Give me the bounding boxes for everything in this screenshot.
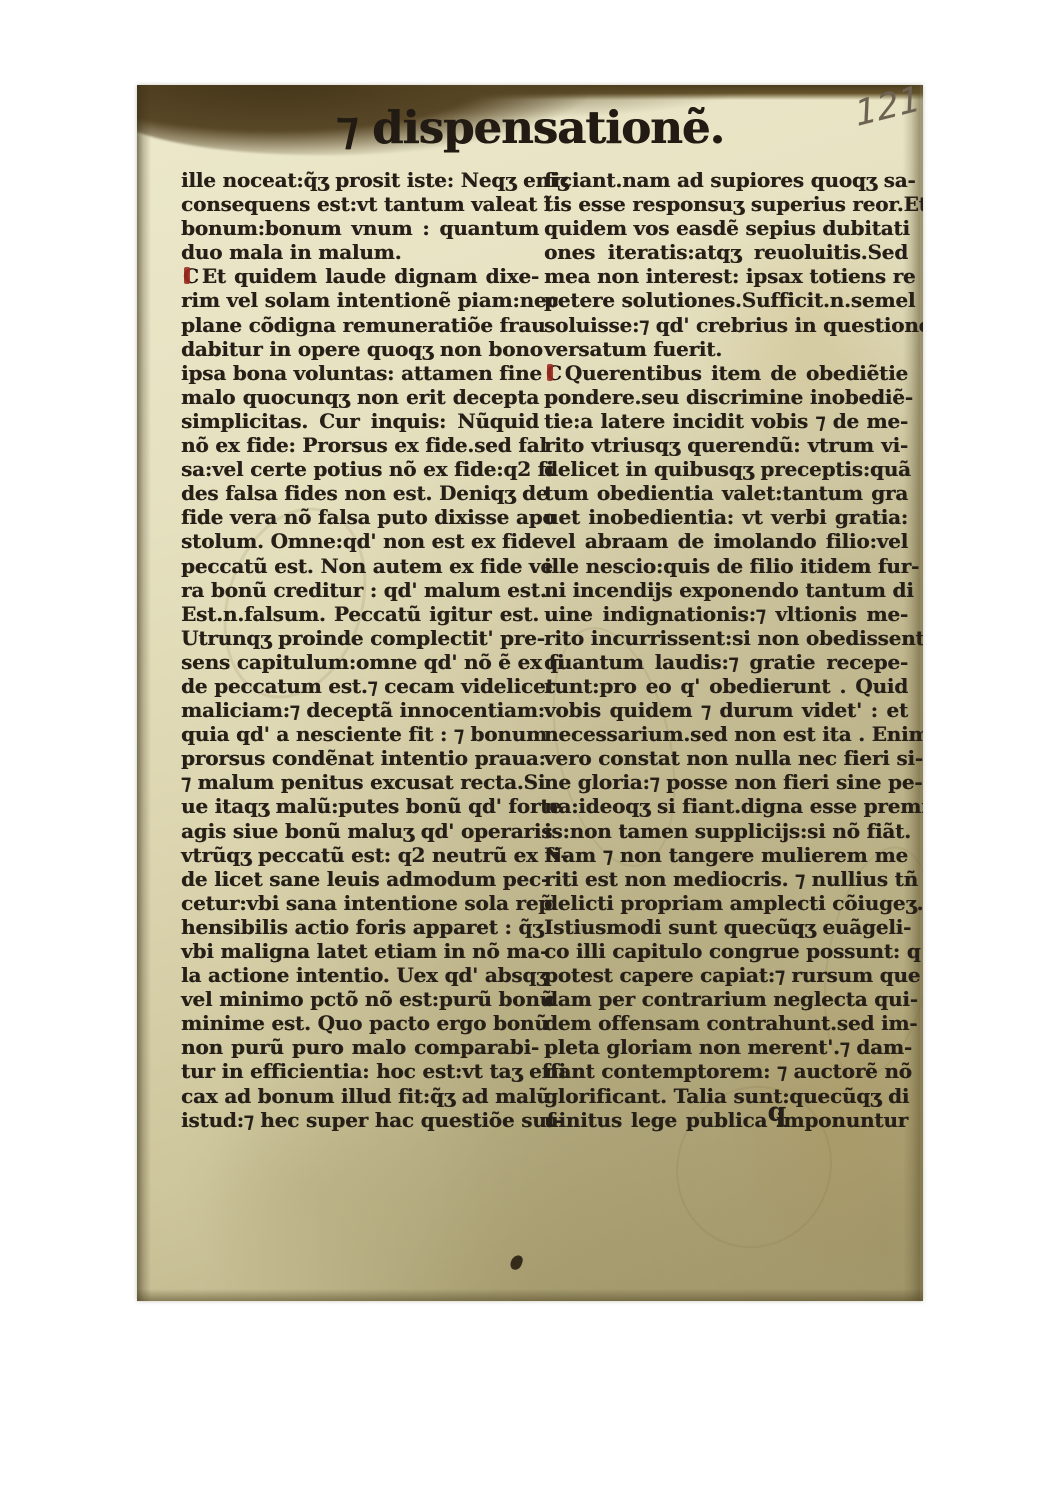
text-line: consequens est:vt tantum valeat ĩ bbox=[181, 192, 539, 216]
catchword: q bbox=[747, 1097, 807, 1128]
text-line: CQuerentibus item de obediẽtie bbox=[544, 361, 908, 385]
text-line: Istiusmodi sunt quecũqʒ euãgeli- bbox=[544, 915, 908, 939]
text-line: dabitur in opere quoqʒ non bono bbox=[181, 337, 539, 361]
text-line: mea non interest: ipsax totiens re bbox=[544, 264, 908, 288]
text-line: vobis quidem ⁊ durum videt' : et bbox=[544, 698, 908, 722]
text-line: des falsa fides non est. Deniqʒ de bbox=[181, 481, 539, 505]
text-line: quantum laudis:⁊ gratie recepe- bbox=[544, 650, 908, 674]
text-line: nõ ex fide: Prorsus ex fide.sed fal bbox=[181, 433, 539, 457]
rubricated-capitulum: C bbox=[544, 361, 565, 385]
text-line: sa:vel certe potius nõ ex fide:q2 fi bbox=[181, 457, 539, 481]
text-line: necessarium.sed non est ita . Enim bbox=[544, 722, 908, 746]
text-line: vero constat non nulla nec fieri si- bbox=[544, 746, 908, 770]
text-line: runt:pro eo q' obedierunt . Quid bbox=[544, 674, 908, 698]
text-line: tis esse responsuʒ superius reor.Et bbox=[544, 192, 908, 216]
text-line: CEt quidem laude dignam dixe- bbox=[181, 264, 539, 288]
text-line: agis siue bonũ maluʒ qd' operaris bbox=[181, 819, 539, 843]
text-line: vel abraam de imolando filio:vel bbox=[544, 529, 908, 553]
scanned-book-page: ⁊ dispensationẽ. 121 ille noceat:q̃ʒ pro… bbox=[137, 85, 923, 1301]
text-line: duo mala in malum. bbox=[181, 240, 539, 264]
text-line: versatum fuerit. bbox=[544, 337, 908, 361]
text-line: sens capitulum:omne qd' nõ ẽ ex fi bbox=[181, 650, 539, 674]
text-line: pondere.seu discrimine inobediẽ- bbox=[544, 385, 908, 409]
page-edge-left-shadow bbox=[137, 85, 151, 1301]
text-line: quidem vos easdẽ sepius dubitati bbox=[544, 216, 908, 240]
text-line: delicet in quibusqʒ preceptis:quã bbox=[544, 457, 908, 481]
text-line: cetur:vbi sana intentione sola rep̃ bbox=[181, 891, 539, 915]
text-line: ne gloria:⁊ posse non fieri sine pe- bbox=[544, 770, 908, 794]
text-line: ille noceat:q̃ʒ prosit iste: Neqʒ eniʒ bbox=[181, 168, 539, 192]
text-line: vbi maligna latet etiam in nõ ma- bbox=[181, 939, 539, 963]
text-line: co illi capitulo congrue possunt: q bbox=[544, 939, 908, 963]
text-line: na:ideoqʒ si fiant.digna esse premi bbox=[544, 794, 908, 818]
text-line: non purũ puro malo comparabi- bbox=[181, 1035, 539, 1059]
text-line: bonum:bonum vnum : quantum bbox=[181, 216, 539, 240]
text-line: tum obedientia valet:tantum gra bbox=[544, 481, 908, 505]
text-line: soluisse:⁊ qd' crebrius in questione bbox=[544, 313, 908, 337]
page-edge-bottom-shadow bbox=[137, 1289, 923, 1301]
text-line: nant contemptorem: ⁊ auctorẽ nõ bbox=[544, 1059, 908, 1083]
text-line: ones iteratis:atqʒ reuoluitis.Sed bbox=[544, 240, 908, 264]
text-line: dam per contrarium neglecta qui- bbox=[544, 987, 908, 1011]
text-line: ⁊ malum penitus excusat recta.Si bbox=[181, 770, 539, 794]
rubricated-capitulum: C bbox=[181, 264, 202, 288]
text-line: fide vera nõ falsa puto dixisse apo bbox=[181, 505, 539, 529]
text-line: prorsus condẽnat intentio praua: bbox=[181, 746, 539, 770]
text-line: quia qd' a nesciente fit : ⁊ bonum bbox=[181, 722, 539, 746]
text-line: istud:⁊ hec super hac questiõe suf- bbox=[181, 1108, 539, 1132]
text-line: tur in efficientia: hoc est:vt taʒ effi bbox=[181, 1059, 539, 1083]
text-line: uet inobedientia: vt verbi gratia: bbox=[544, 505, 908, 529]
text-column-left: ille noceat:q̃ʒ prosit iste: Neqʒ eniʒco… bbox=[181, 168, 539, 1132]
text-line: ra bonũ creditur : qd' malum est. bbox=[181, 578, 539, 602]
text-line: uine indignationis:⁊ vltionis me- bbox=[544, 602, 908, 626]
text-line: pleta gloriam non merent'.⁊ dam- bbox=[544, 1035, 908, 1059]
text-line: tie:a latere incidit vobis ⁊ de me- bbox=[544, 409, 908, 433]
running-title: ⁊ dispensationẽ. bbox=[137, 101, 923, 154]
text-line: Utrunqʒ proinde complectit' pre- bbox=[181, 626, 539, 650]
text-line: malo quocunqʒ non erit decepta bbox=[181, 385, 539, 409]
text-line: is:non tamen supplicijs:si nõ fiãt. bbox=[544, 819, 908, 843]
text-column-right: ficiant.nam ad supiores quoqʒ sa-tis ess… bbox=[544, 168, 908, 1132]
text-line: stolum. Omne:qd' non est ex fide bbox=[181, 529, 539, 553]
text-line: simplicitas. Cur inquis: Nũquid bbox=[181, 409, 539, 433]
text-line: plane cõdigna remuneratiõe frau bbox=[181, 313, 539, 337]
text-line: cax ad bonum illud fit:q̃ʒ ad malũ bbox=[181, 1084, 539, 1108]
text-line: peccatũ est. Non autem ex fide ve bbox=[181, 554, 539, 578]
text-line: uinitus lege publica imponuntur bbox=[544, 1108, 908, 1132]
text-line: de peccatum est.⁊ cecam videlicet bbox=[181, 674, 539, 698]
text-line: glorificant. Talia sunt:quecũqʒ di bbox=[544, 1084, 908, 1108]
text-line: vel minimo pctõ nõ est:purũ bonũ bbox=[181, 987, 539, 1011]
text-line: petere solutiones.Sufficit.n.semel bbox=[544, 288, 908, 312]
text-line: ipsa bona voluntas: attamen fine bbox=[181, 361, 539, 385]
text-line: dem offensam contrahunt.sed im- bbox=[544, 1011, 908, 1035]
text-line: Est.n.falsum. Peccatũ igitur est. bbox=[181, 602, 539, 626]
text-line: maliciam:⁊ deceptã innocentiam: bbox=[181, 698, 539, 722]
text-line: ille nescio:quis de filio itidem fur- bbox=[544, 554, 908, 578]
text-line: potest capere capiat:⁊ rursum que bbox=[544, 963, 908, 987]
text-line: ni incendijs exponendo tantum di bbox=[544, 578, 908, 602]
text-line: riti est non mediocris. ⁊ nullius tñ bbox=[544, 867, 908, 891]
text-line: delicti propriam amplecti cõiugeʒ. bbox=[544, 891, 908, 915]
text-line: Nam ⁊ non tangere mulierem me bbox=[544, 843, 908, 867]
text-line: rim vel solam intentionẽ piam:nec bbox=[181, 288, 539, 312]
text-line: la actione intentio. Uex qd' absqʒ bbox=[181, 963, 539, 987]
ink-blot bbox=[509, 1254, 524, 1272]
text-line: ue itaqʒ malũ:putes bonũ qd' forte bbox=[181, 794, 539, 818]
text-line: de licet sane leuis admodum pec- bbox=[181, 867, 539, 891]
text-line: hensibilis actio foris apparet : q̃ʒ bbox=[181, 915, 539, 939]
text-line: minime est. Quo pacto ergo bonũ bbox=[181, 1011, 539, 1035]
text-line: rito vtriusqʒ querendũ: vtrum vi- bbox=[544, 433, 908, 457]
text-line: rito incurrissent:si non obedissent: bbox=[544, 626, 908, 650]
text-line: ficiant.nam ad supiores quoqʒ sa- bbox=[544, 168, 908, 192]
text-line: vtrũqʒ peccatũ est: q2 neutrũ ex fi- bbox=[181, 843, 539, 867]
